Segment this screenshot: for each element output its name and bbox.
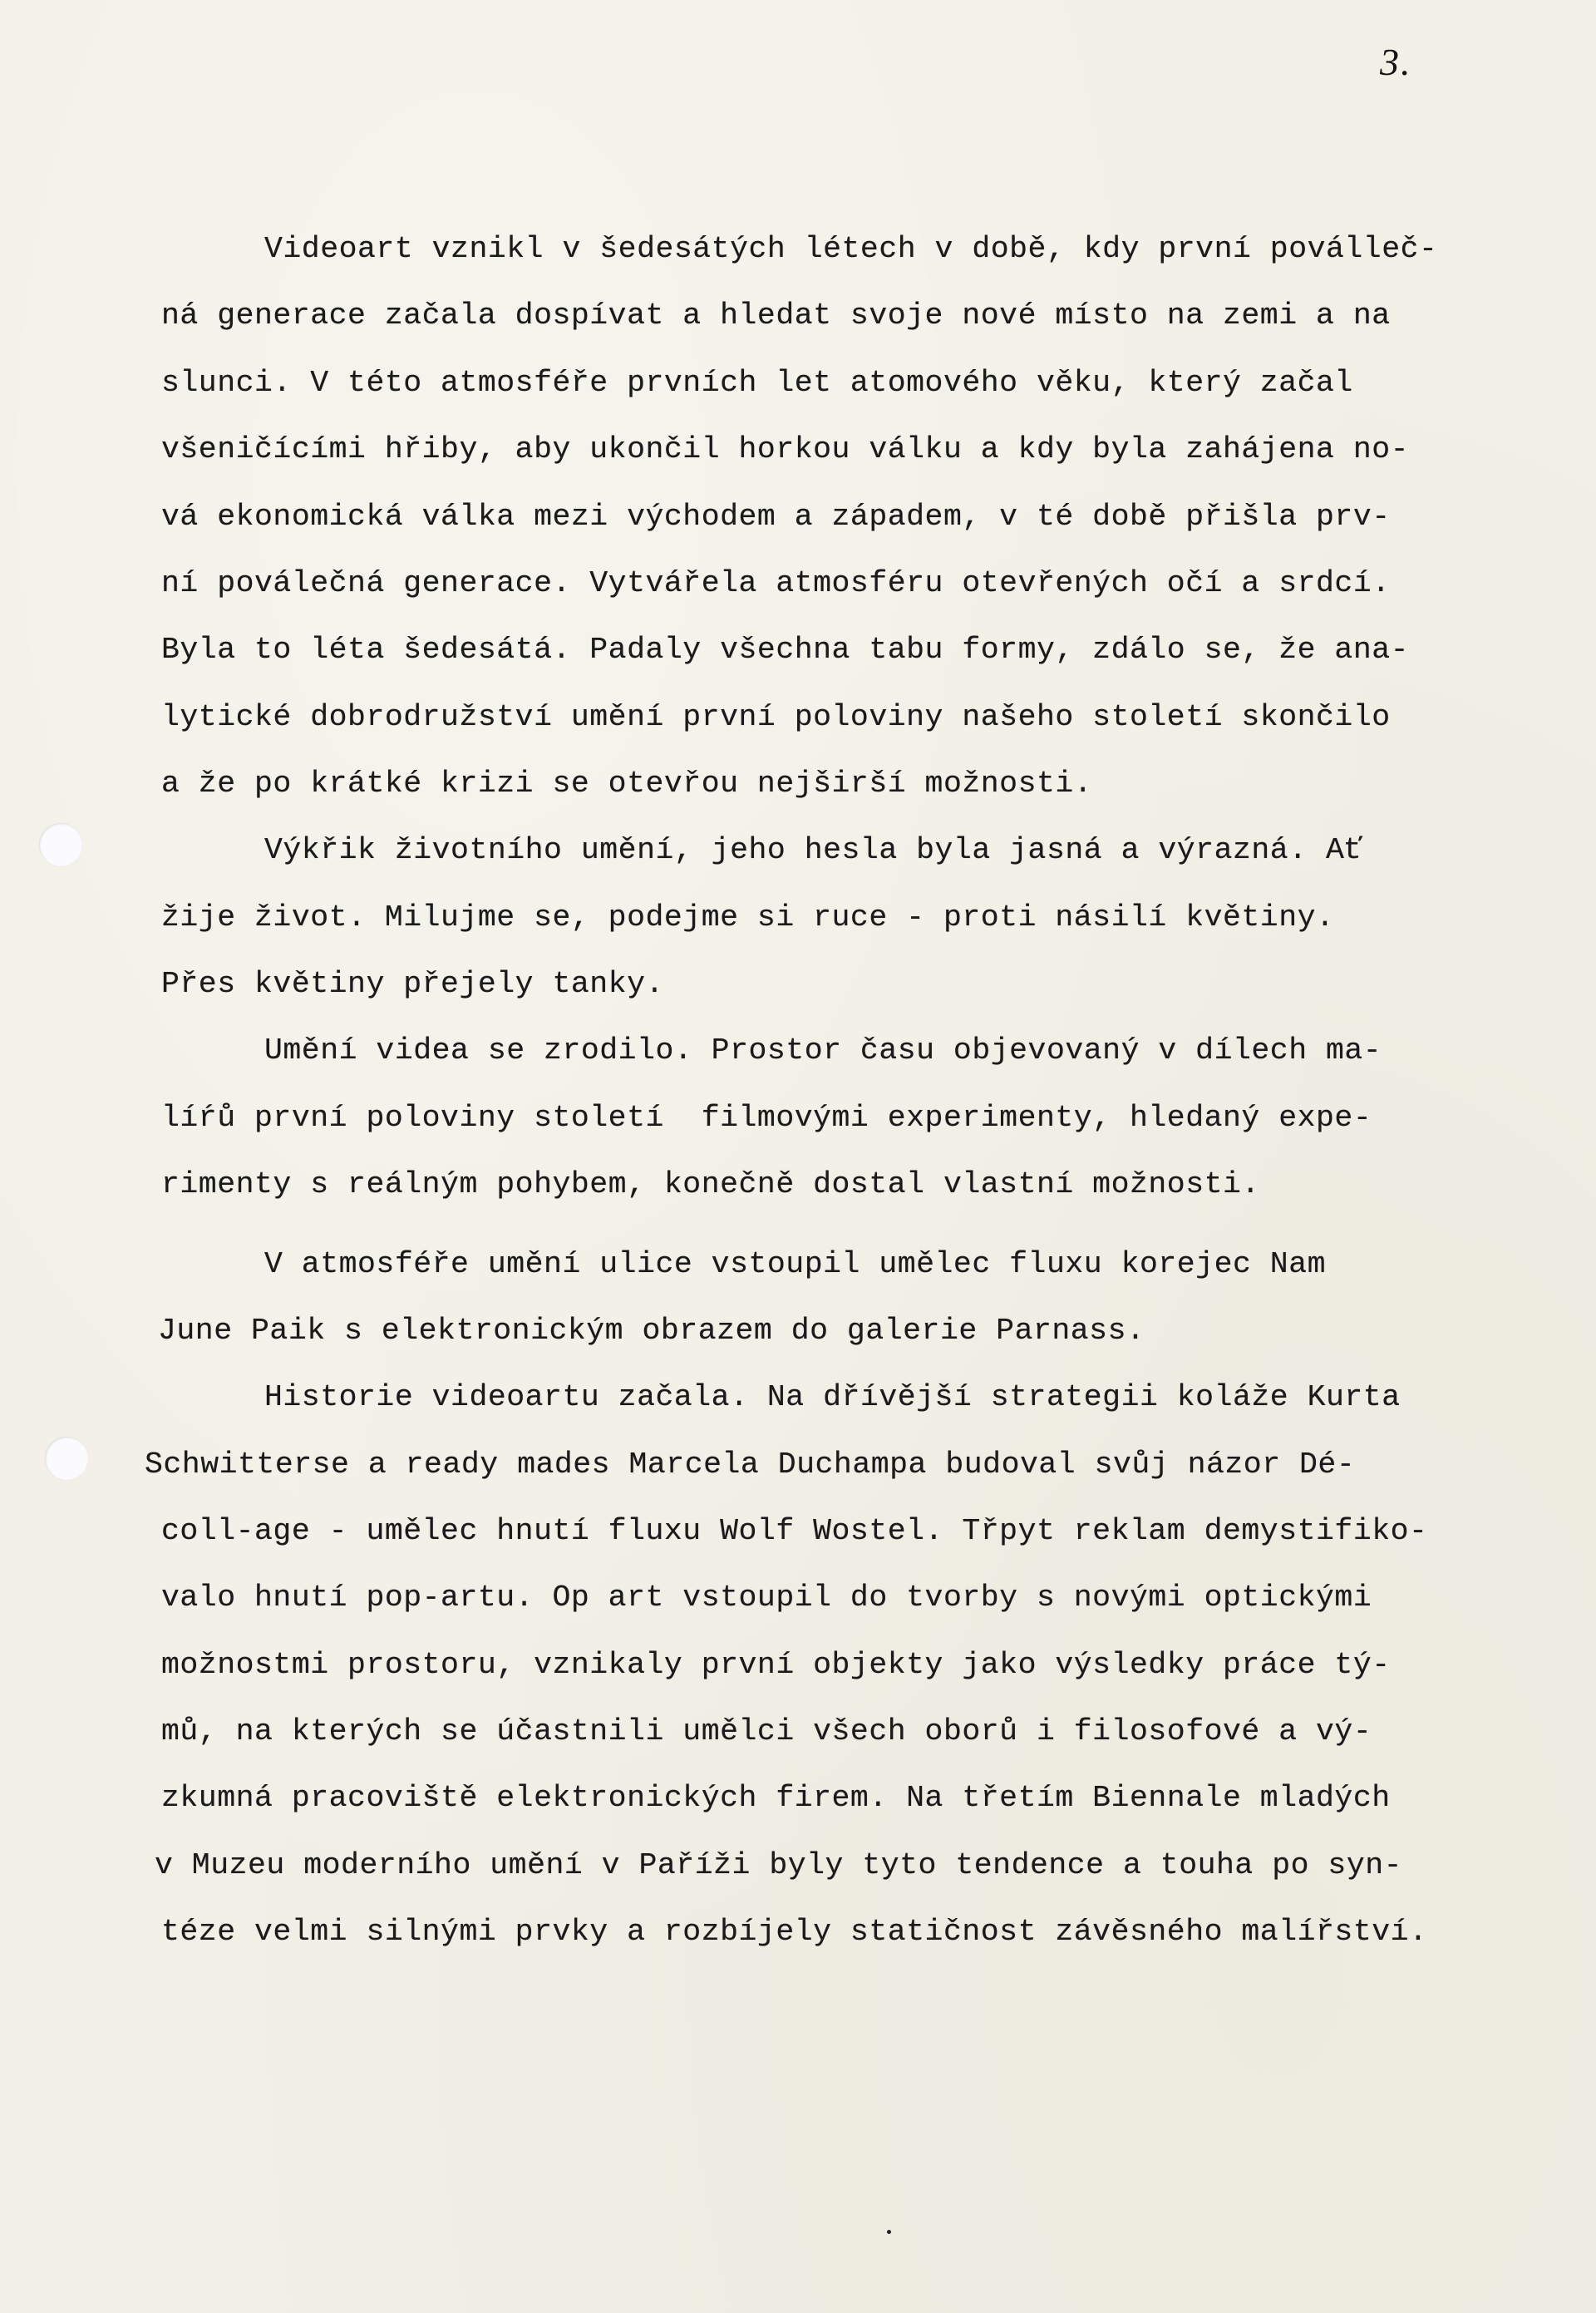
text-line: coll-age - umělec hnutí fluxu Wolf Woste… (161, 1517, 1427, 1547)
text-line: líŕů první poloviny století filmovými ex… (161, 1103, 1372, 1134)
text-line: slunci. V této atmosféře prvních let ato… (161, 368, 1353, 399)
text-line: valo hnutí pop-artu. Op art vstoupil do … (161, 1583, 1372, 1614)
text-line: Umění videa se zrodilo. Prostor času obj… (264, 1036, 1382, 1067)
text-line: June Paik s elektronickým obrazem do gal… (158, 1316, 1145, 1347)
text-line: Přes květiny přejely tanky. (161, 969, 664, 1000)
punch-hole (45, 1437, 88, 1480)
text-line: možnostmi prostoru, vznikaly první objek… (161, 1650, 1391, 1681)
text-line: ná generace začala dospívat a hledat svo… (161, 301, 1391, 332)
text-line: všeničícími hřiby, aby ukončil horkou vá… (161, 435, 1409, 466)
text-line: mů, na kterých se účastnili umělci všech… (161, 1717, 1372, 1748)
text-line: Výkřik životního umění, jeho hesla byla … (264, 836, 1363, 866)
text-line: lytické dobrodružství umění první polovi… (161, 703, 1391, 733)
text-line: a že po krátké krizi se otevřou nejširší… (161, 769, 1092, 800)
text-line: Videoart vznikl v šedesátých létech v do… (264, 234, 1437, 265)
text-line: ní poválečná generace. Vytvářela atmosfé… (161, 569, 1391, 599)
text-line: zkumná pracoviště elektronických firem. … (161, 1783, 1391, 1814)
punch-hole (39, 823, 82, 866)
text-line: V atmosféře umění ulice vstoupil umělec … (264, 1250, 1326, 1280)
text-line: téze velmi silnými prvky a rozbíjely sta… (161, 1917, 1427, 1948)
page-number: 3. (1380, 40, 1412, 84)
typewritten-page: 3. Videoart vznikl v šedesátých létech v… (0, 0, 1596, 2313)
text-line: rimenty s reálným pohybem, konečně dosta… (161, 1170, 1260, 1201)
text-line: Byla to léta šedesátá. Padaly všechna ta… (161, 635, 1409, 666)
text-line: vá ekonomická válka mezi východem a zápa… (161, 502, 1391, 533)
text-line: Historie videoartu začala. Na dřívější s… (264, 1383, 1401, 1413)
text-line: v Muzeu moderního umění v Paříži byly ty… (155, 1851, 1402, 1881)
text-line: žije život. Milujme se, podejme si ruce … (161, 903, 1334, 934)
ink-speck (887, 2230, 891, 2234)
text-line: Schwitterse a ready mades Marcela Ducham… (145, 1450, 1355, 1481)
